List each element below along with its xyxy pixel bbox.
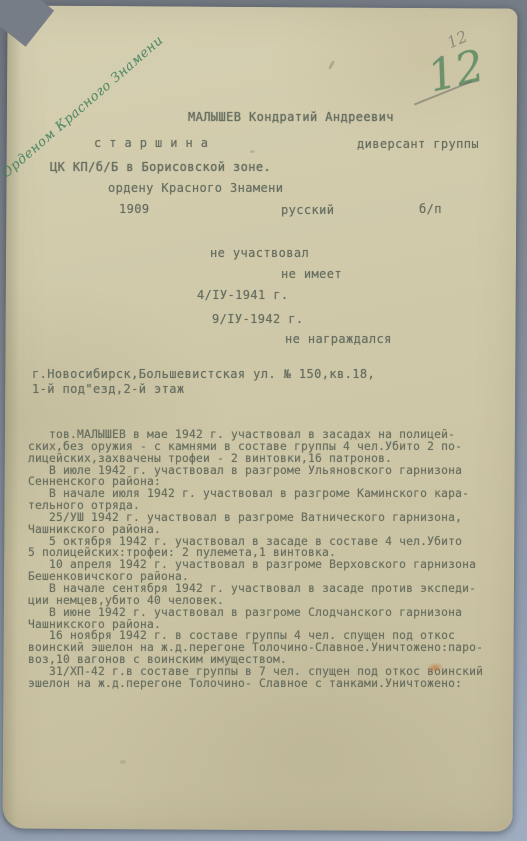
paper-speck: [328, 60, 336, 70]
award-line: ордену Красного Знамени: [108, 181, 283, 195]
participation-line: не участвовал: [210, 246, 309, 260]
date-from-line: 4/IУ-1941 г.: [197, 288, 289, 302]
role-line: диверсант группы: [357, 137, 479, 151]
record-body: тов.МАЛЫШЕВ в мае 1942 г. участвовал в з…: [28, 429, 510, 690]
record-paragraph: В июне 1942 г. участвовал в разгроме Сло…: [28, 607, 510, 631]
has-not-line: не имеет: [281, 267, 342, 281]
scanned-photo: Орденом Красного Знамени 12 12 МАЛЫШЕВ К…: [0, 0, 527, 841]
page-content: Орденом Красного Знамени 12 12 МАЛЫШЕВ К…: [0, 0, 527, 841]
party-status-value: б/п: [419, 202, 442, 216]
nationality-value: русский: [281, 203, 334, 217]
unit-line: ЦК КП/б/Б в Борисовской зоне.: [50, 160, 271, 174]
handwritten-award-note: Орденом Красного Знамени: [0, 33, 166, 181]
birth-year-value: 1909: [119, 202, 150, 216]
record-paragraph: тов.МАЛЫШЕВ в мае 1942 г. участвовал в з…: [28, 429, 510, 465]
address-block: г.Новосибирск,Большевистская ул. № 150,к…: [32, 367, 375, 397]
record-paragraph: В июле 1942 г. участвовал в разгроме Уль…: [28, 465, 510, 489]
rank-line: с т а р ш и н а: [94, 136, 208, 150]
record-paragraph: В начале сентября 1942 г. участвовал в з…: [28, 583, 510, 607]
green-pencil-number: 12: [423, 40, 489, 102]
record-paragraph: 25/УШ 1942 г. участвовал в разгроме Ватн…: [28, 512, 510, 536]
date-to-line: 9/IУ-1942 г.: [212, 312, 304, 326]
paper-speck: [120, 760, 126, 764]
record-paragraph: 10 апреля 1942 г. участвовал в разгроме …: [28, 559, 510, 583]
paper-speck: [250, 150, 255, 153]
record-paragraph: В начале июля 1942 г. участвовал в разгр…: [28, 488, 510, 512]
not-awarded-line: не награждался: [285, 332, 392, 346]
person-name-line: МАЛЫШЕВ Кондратий Андреевич: [188, 110, 394, 124]
record-paragraph: 5 октября 1942 г. участвовал в засаде в …: [28, 536, 510, 560]
